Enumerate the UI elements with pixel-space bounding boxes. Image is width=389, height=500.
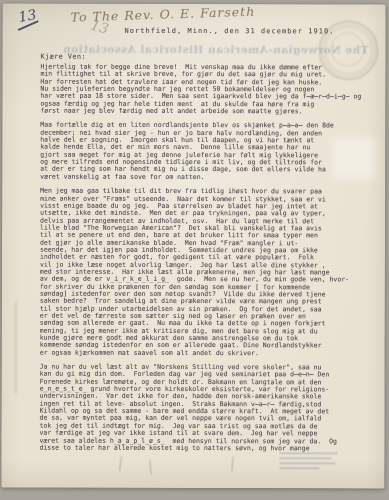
pencil-bleedthrough-mark bbox=[231, 456, 236, 472]
bleedthrough-line bbox=[279, 467, 319, 469]
paragraph-1: Hjertelig tak for begge dine breve! Mit … bbox=[40, 64, 385, 116]
bleedthrough-line bbox=[279, 457, 331, 459]
paragraph-4: Ja nu har du vel læst alt av "Norskens S… bbox=[39, 364, 384, 453]
paper-stain bbox=[332, 137, 376, 179]
handwritten-addressee: To The Rev. O. E. Farseth bbox=[70, 2, 300, 24]
bleedthrough-marks bbox=[279, 452, 341, 472]
fold-streak bbox=[15, 302, 17, 394]
letter-body: Hjertelig tak for begge dine breve! Mit … bbox=[39, 64, 385, 460]
bleedthrough-line bbox=[279, 452, 337, 454]
paragraph-3: Men jeg maa gaa tilbake til dit brev fra… bbox=[40, 188, 385, 358]
salutation: Kjære Ven: bbox=[40, 53, 86, 61]
scanned-letter-page: 13 13 To The Rev. O. E. Farseth The Norw… bbox=[1, 3, 385, 488]
embossed-seal-inner-ring bbox=[330, 32, 364, 66]
archival-number-ink: 13 bbox=[17, 7, 37, 26]
pencil-bleedthrough-mark bbox=[149, 459, 155, 475]
dateline: Northfield, Minn., den 31 december 1910. bbox=[125, 27, 335, 36]
bleedthrough-line bbox=[279, 462, 335, 464]
